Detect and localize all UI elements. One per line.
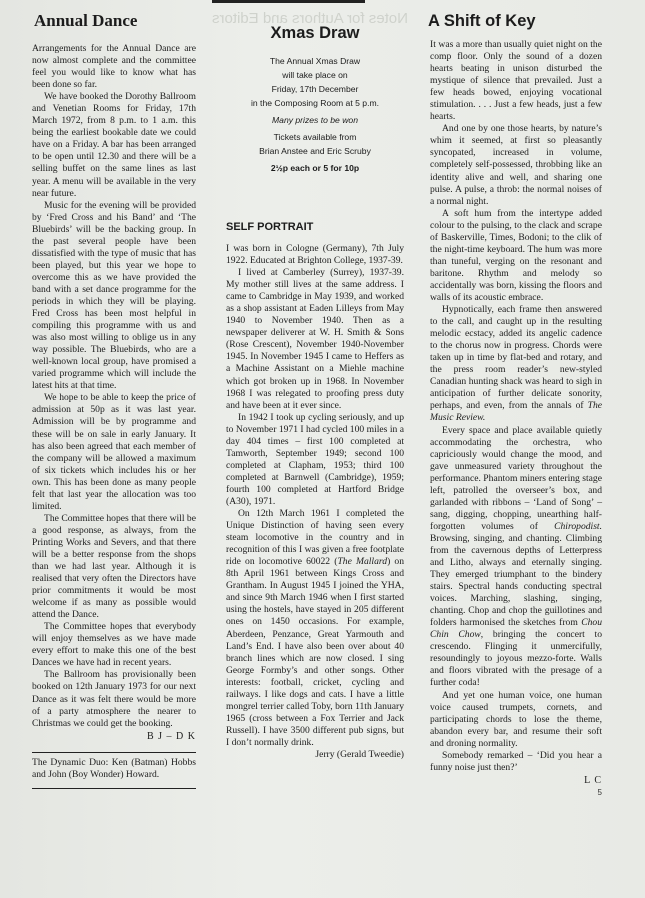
caption-bottom-rule — [32, 788, 196, 789]
shift-of-key-body: It was a more than usually quiet night o… — [430, 39, 602, 799]
text-run: Browsing, singing, and chanting. Climbin… — [430, 533, 602, 628]
annual-dance-body: Arrangements for the Annual Dance are no… — [32, 43, 196, 789]
self-portrait-body: I was born in Cologne (Germany), 7th Jul… — [226, 243, 404, 761]
italic-title: Chiropodist. — [554, 521, 602, 532]
paragraph: We have booked the Dorothy Ballroom and … — [32, 91, 196, 199]
italic-title: The Mallard — [337, 556, 387, 567]
paragraph: Every space and place available quietly … — [430, 425, 602, 690]
magazine-page: Notes for Authors and Editors Annual Dan… — [0, 0, 645, 898]
paragraph: We hope to be able to keep the price of … — [32, 392, 196, 512]
shift-of-key-signature: L C — [430, 775, 602, 787]
photo-caption: The Dynamic Duo: Ken (Batman) Hobbs and … — [32, 753, 196, 788]
xmas-line: in the Composing Room at 5 p.m. — [226, 96, 404, 110]
xmas-draw-notice: Xmas Draw The Annual Xmas Draw will take… — [226, 24, 404, 175]
annual-dance-title: Annual Dance — [34, 11, 137, 31]
paragraph: On 12th March 1961 I completed the Uniqu… — [226, 508, 404, 749]
self-portrait-signature: Jerry (Gerald Tweedie) — [226, 749, 404, 761]
xmas-price: 2½p each or 5 for 10p — [226, 161, 404, 175]
xmas-line: Friday, 17th December — [226, 82, 404, 96]
paragraph: The Committee hopes that there will be a… — [32, 513, 196, 621]
paragraph: The Committee hopes that everybody will … — [32, 621, 196, 669]
xmas-draw-title: Xmas Draw — [226, 24, 404, 43]
top-rule — [212, 0, 365, 3]
xmas-line: will take place on — [226, 68, 404, 82]
paragraph: In 1942 I took up cycling seriously, and… — [226, 412, 404, 508]
paragraph: It was a more than usually quiet night o… — [430, 39, 602, 123]
self-portrait-title: SELF PORTRAIT — [226, 221, 404, 233]
paragraph: I lived at Camberley (Surrey), 1937-39. … — [226, 267, 404, 412]
paragraph: I was born in Cologne (Germany), 7th Jul… — [226, 243, 404, 267]
paragraph: Arrangements for the Annual Dance are no… — [32, 43, 196, 91]
text-run: ) on 8th April 1961 between Kings Cross … — [226, 556, 404, 748]
text-run: Hypnotically, each frame then answered t… — [430, 304, 602, 411]
paragraph: And one by one those hearts, by nature’s… — [430, 123, 602, 207]
text-run: Every space and place available quietly … — [430, 425, 602, 532]
paragraph: The Ballroom has provisionally been book… — [32, 669, 196, 729]
paragraph: And yet one human voice, one human voice… — [430, 690, 602, 750]
paragraph: Music for the evening will be provided b… — [32, 200, 196, 393]
xmas-ticket-sellers: Brian Anstee and Eric Scruby — [226, 144, 404, 158]
xmas-prizes: Many prizes to be won — [226, 113, 404, 127]
xmas-line: The Annual Xmas Draw — [226, 54, 404, 68]
paragraph: Hypnotically, each frame then answered t… — [430, 304, 602, 424]
paragraph: A soft hum from the intertype added colo… — [430, 208, 602, 304]
shift-of-key-title: A Shift of Key — [428, 12, 536, 31]
xmas-tickets: Tickets available from — [226, 130, 404, 144]
self-portrait-article: SELF PORTRAIT I was born in Cologne (Ger… — [226, 221, 404, 761]
paragraph: Somebody remarked – ‘Did you hear a funn… — [430, 750, 602, 774]
page-number: 5 — [430, 787, 602, 799]
annual-dance-signature: B J – D K — [32, 731, 196, 743]
